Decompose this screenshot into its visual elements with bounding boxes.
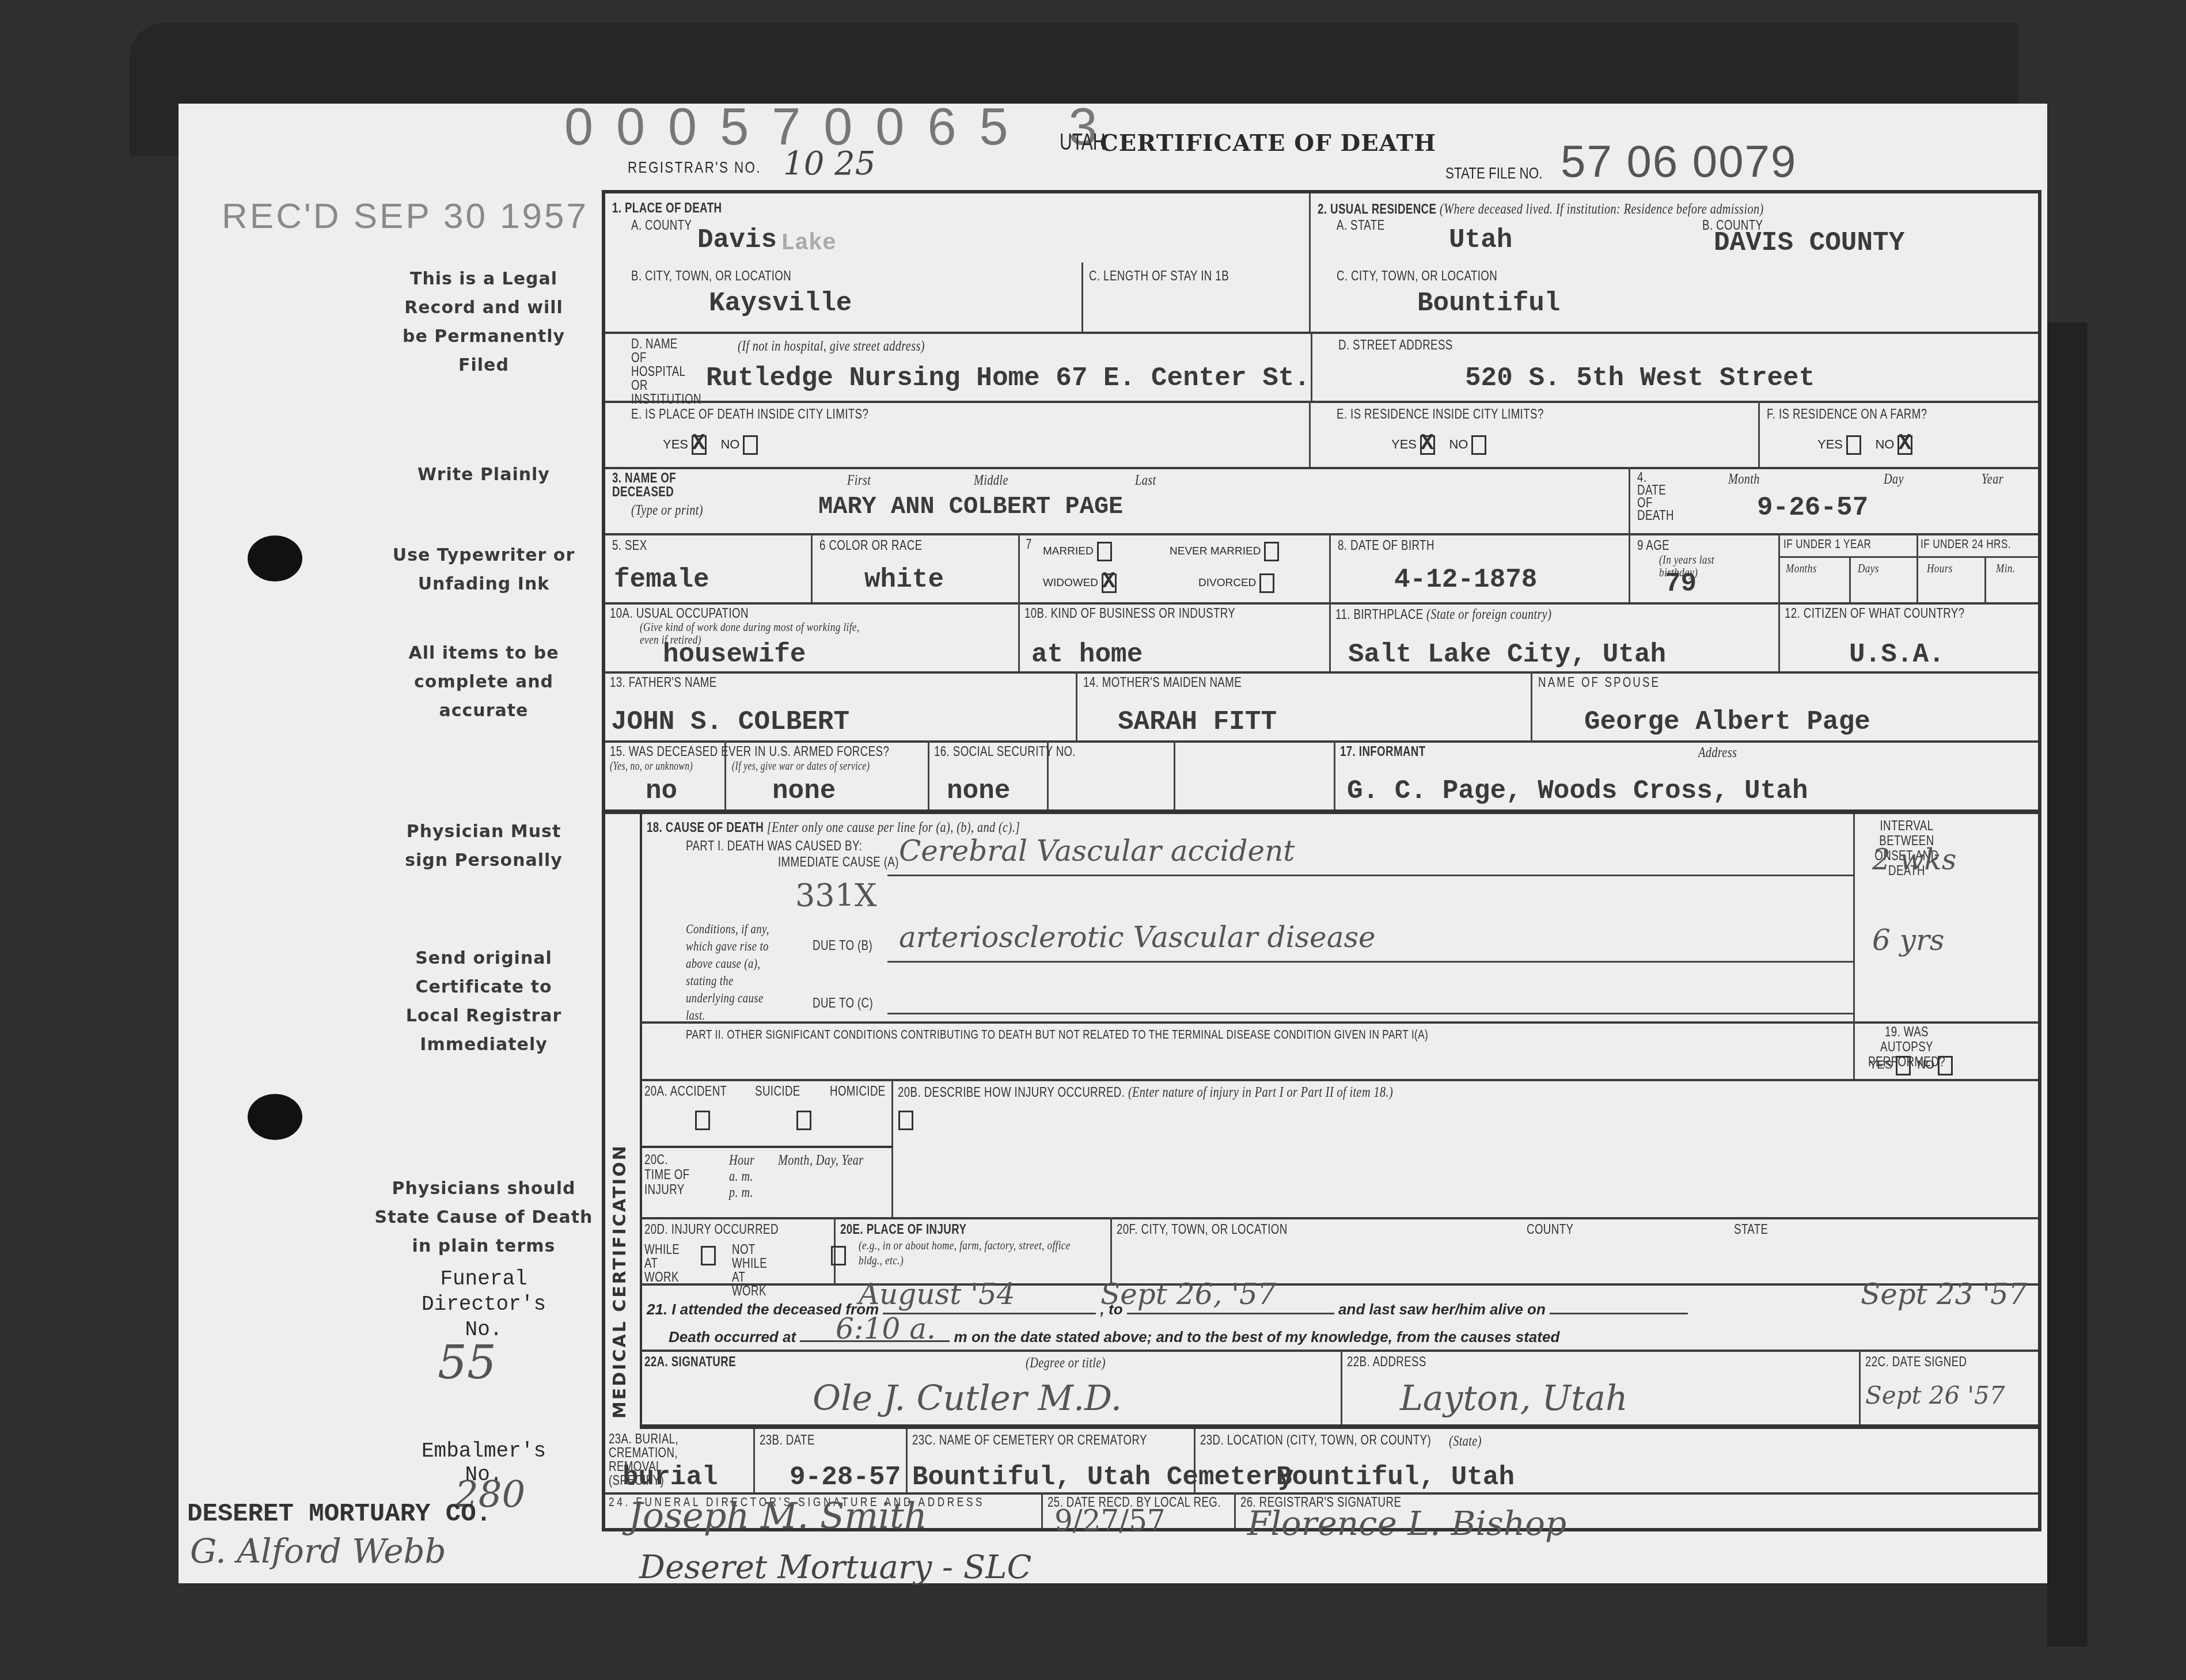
row-burial: 23a. BURIAL, CREMATION, REMOVAL (Specify… [605, 1429, 2038, 1495]
mortuary-name: DESERET MORTUARY CO. [187, 1500, 491, 1529]
marital-cell: 7 MARRIED NEVER MARRIED WIDOWED DIVORCED [1020, 533, 1331, 602]
farm-no-checkbox[interactable] [1897, 435, 1912, 455]
part-two-cell: PART II. OTHER SIGNIFICANT CONDITIONS CO… [640, 1021, 1855, 1079]
sex-label: 5. SEX [612, 538, 647, 554]
hospital-note: (If not in hospital, give street address… [738, 337, 925, 355]
funeral-director-signature: Joseph M. Smith [628, 1495, 927, 1537]
degree-label: (Degree or title) [1026, 1354, 1106, 1371]
side-note-typewriter: Use Typewriter or Unfading Ink [380, 541, 587, 599]
injury-city-cell: 20f. CITY, TOWN, OR LOCATION COUNTY STAT… [1112, 1217, 2038, 1283]
suicide-checkbox[interactable] [796, 1111, 811, 1130]
citizen-value: U.S.A. [1849, 640, 1945, 670]
service-note: (If yes, give war or dates of service) [732, 760, 870, 773]
date-signed-label: 22c. DATE SIGNED [1865, 1354, 1967, 1370]
last-label: Last [1135, 472, 1156, 489]
hour-label: Hour [729, 1151, 754, 1169]
am-label: a. m. [729, 1168, 753, 1185]
physician-address-value: Layton, Utah [1400, 1378, 1628, 1419]
first-label: First [847, 472, 871, 489]
page-title: CERTIFICATE OF DEATH [1100, 130, 1436, 157]
never-married-label: NEVER MARRIED [1170, 545, 1261, 557]
burial-state-label: (State) [1449, 1432, 1482, 1450]
funeral-director-no-label: Funeral Director's No. [397, 1267, 570, 1343]
residence-inside-city-cell: e. IS RESIDENCE INSIDE CITY LIMITS? YES … [1311, 401, 1760, 467]
county-label: a. COUNTY [631, 218, 692, 234]
burial-location-label: 23d. LOCATION (City, town, or county) [1200, 1432, 1431, 1448]
father-label: 13. FATHER'S NAME [610, 675, 717, 691]
last-saw-value: Sept 23 '57 [1861, 1278, 2027, 1311]
name-label: 3. NAME OF DECEASED [612, 470, 676, 500]
informant-address-label: Address [1698, 744, 1737, 761]
no-label: NO [1917, 1059, 1934, 1071]
state-file-value: 57 06 0079 [1561, 135, 1797, 188]
cause-label: 18. CAUSE OF DEATH [647, 820, 764, 835]
row-cities: b. CITY, TOWN, OR LOCATION Kaysville c. … [605, 263, 2038, 334]
ssn-cell: 16. SOCIAL SECURITY NO. none [928, 740, 1175, 809]
residence-city-label: c. CITY, TOWN, OR LOCATION [1337, 268, 1497, 284]
side-note-write-plainly: Write Plainly [397, 461, 570, 489]
immediate-cause-value: Cerebral Vascular accident [899, 834, 1295, 868]
hospital-label: d. NAME OF HOSPITAL OR INSTITUTION [631, 337, 689, 406]
under-24-hrs-cell: IF UNDER 24 HRS. Hours Min. [1918, 533, 2038, 602]
married-label: MARRIED [1043, 545, 1094, 557]
yes-label: YES [1869, 1059, 1892, 1071]
due-to-b-value: arteriosclerotic Vascular disease [899, 921, 1376, 954]
death-county-value: Davis [697, 225, 777, 255]
death-at-suffix: m on the date stated above; and to the b… [954, 1328, 1560, 1345]
row-registration: 24. FUNERAL DIRECTOR'S SIGNATURE AND ADD… [605, 1492, 2038, 1528]
row-hospital-street: d. NAME OF HOSPITAL OR INSTITUTION (If n… [605, 332, 2038, 403]
married-checkbox[interactable] [1097, 542, 1112, 561]
yes-label: YES [1391, 437, 1417, 451]
months-label: Months [1786, 561, 1817, 576]
informant-value: G. C. Page, Woods Cross, Utah [1347, 776, 1808, 806]
armed-forces-value: no [646, 776, 677, 806]
state-label: a. STATE [1337, 218, 1385, 234]
physician-signature: Ole J. Cutler M.D. [813, 1378, 1122, 1419]
due-to-c-label: DUE TO (c) [813, 995, 873, 1012]
under-24-hrs-label: IF UNDER 24 HRS. [1921, 537, 2011, 552]
injury-how-label: 20b. DESCRIBE HOW INJURY OCCURRED. [898, 1085, 1125, 1100]
no-label: NO [720, 437, 739, 451]
injury-how-cell: 20b. DESCRIBE HOW INJURY OCCURRED. (Ente… [893, 1079, 2038, 1217]
mother-value: SARAH FITT [1118, 707, 1277, 737]
year-label: Year [1982, 470, 2003, 488]
accident-type-cell: 20a. ACCIDENT SUICIDE HOMICIDE [640, 1079, 893, 1148]
part1-label: PART I. DEATH WAS CAUSED BY: [686, 838, 862, 854]
place-of-death-label: 1. PLACE OF DEATH [612, 200, 722, 216]
name-note: (Type or print) [631, 501, 703, 519]
never-married-checkbox[interactable] [1264, 542, 1279, 561]
informant-cell: 17. INFORMANT Address G. C. Page, Woods … [1334, 740, 2038, 809]
death-time-value: 6:10 a. [836, 1312, 936, 1345]
cemetery-label: 23c. NAME OF CEMETERY OR CREMATORY [912, 1432, 1147, 1449]
residence-city-value: Bountiful [1417, 288, 1560, 318]
citizen-label: 12. CITIZEN OF WHAT COUNTRY? [1785, 606, 1965, 622]
physician-address-label: 22b. ADDRESS [1347, 1354, 1426, 1370]
conditions-note: Conditions, if any, which gave rise to a… [686, 921, 780, 1024]
date-recd-cell: 25. DATE RECD. BY LOCAL REG. 9/27/57 [1043, 1492, 1236, 1528]
sex-value: female [614, 565, 709, 595]
burial-location-cell: 23d. LOCATION (City, town, or county) (S… [1196, 1429, 2038, 1492]
registrar-signature: Florence L. Bishop [1247, 1504, 1566, 1543]
no-label: NO [1449, 437, 1468, 451]
divorced-label: DIVORCED [1198, 577, 1256, 589]
farm-yes-checkbox[interactable] [1846, 435, 1861, 455]
attended-to-value: Sept 26, '57 [1100, 1278, 1276, 1311]
signature-label: 22a. SIGNATURE [644, 1354, 736, 1370]
side-note-physician-sign: Physician Must sign Personally [397, 818, 570, 875]
days-label: Days [1858, 561, 1879, 576]
length-of-stay-label: c. LENGTH OF STAY IN 1b [1089, 268, 1229, 284]
autopsy-yes-checkbox[interactable] [1896, 1056, 1911, 1075]
service-value: none [772, 776, 836, 806]
burial-type-value: burial [623, 1462, 718, 1492]
hours-label: Hours [1927, 561, 1953, 576]
middle-label: Middle [974, 472, 1008, 489]
row-name: 3. NAME OF DECEASED (Type or print) Firs… [605, 467, 2038, 535]
certificate-form: 1. PLACE OF DEATH a. COUNTY Davis Lake 2… [602, 190, 2041, 1531]
row-physician-signature: 22a. SIGNATURE (Degree or title) Ole J. … [640, 1350, 2038, 1429]
registrar-signature-cell: 26. REGISTRAR'S SIGNATURE Florence L. Bi… [1236, 1492, 2038, 1528]
accident-label: 20a. ACCIDENT [644, 1084, 727, 1100]
medical-certification-sidebar: MEDICAL CERTIFICATION [605, 814, 642, 1424]
race-value: white [864, 565, 944, 595]
signature-cell: 22a. SIGNATURE (Degree or title) Ole J. … [640, 1350, 1342, 1424]
ssn-label: 16. SOCIAL SECURITY NO. [934, 744, 1076, 760]
date-signed-value: Sept 26 '57 [1865, 1381, 2005, 1409]
sex-cell: 5. SEX female [605, 533, 813, 602]
industry-cell: 10b. KIND OF BUSINESS OR INDUSTRY at hom… [1020, 602, 1331, 671]
autopsy-cell: 19. WAS AUTOPSY PERFORMED? YES NO [1855, 1021, 2038, 1079]
cemetery-cell: 23c. NAME OF CEMETERY OR CREMATORY Bount… [908, 1429, 1196, 1492]
row-cause-of-death: 18. CAUSE OF DEATH [Enter only one cause… [640, 814, 2038, 1024]
side-note-cause-plain: Physicians should State Cause of Death i… [369, 1175, 599, 1261]
side-note-send-original: Send original Certificate to Local Regis… [392, 944, 576, 1059]
street-label: d. STREET ADDRESS [1338, 337, 1453, 354]
divorced-checkbox[interactable] [1259, 573, 1274, 593]
birthplace-note: (State or foreign country) [1426, 606, 1551, 622]
suicide-label: SUICIDE [755, 1084, 800, 1100]
death-inside-city-yes-checkbox[interactable] [692, 435, 707, 455]
spouse-value: George Albert Page [1584, 707, 1870, 737]
immediate-label: IMMEDIATE CAUSE (a) [778, 854, 899, 871]
widowed-label: WIDOWED [1043, 577, 1098, 589]
spouse-label: NAME OF SPOUSE [1538, 675, 1660, 691]
residence-label: 2. USUAL RESIDENCE [1318, 202, 1436, 217]
under-1-year-cell: IF UNDER 1 YEAR Months Days [1780, 533, 1918, 602]
injury-city-label: 20f. CITY, TOWN, OR LOCATION [1117, 1222, 1288, 1238]
under-1-year-label: IF UNDER 1 YEAR [1783, 537, 1871, 552]
age-cell: 9 AGE (In years last birthday) 79 [1630, 533, 1780, 602]
last-saw-label: and last saw her/him alive on [1338, 1301, 1546, 1318]
month-label: Month [1728, 470, 1760, 488]
attended-from-value: August '54 [859, 1278, 1015, 1311]
length-of-stay-cell: c. LENGTH OF STAY IN 1b [1083, 263, 1311, 332]
while-at-work-label: WHILE AT WORK [644, 1243, 685, 1284]
state-file-label: STATE FILE NO. [1445, 164, 1542, 183]
interval-a-value: 2 wks [1872, 843, 1956, 876]
burial-type-cell: 23a. BURIAL, CREMATION, REMOVAL (Specify… [605, 1429, 755, 1492]
punch-hole [248, 535, 302, 581]
registrar-no-label: REGISTRAR'S NO. [628, 158, 761, 177]
death-city-label: b. CITY, TOWN, OR LOCATION [631, 268, 791, 284]
row-injury: 20a. ACCIDENT SUICIDE HOMICIDE 20c. TIME… [640, 1079, 2038, 1219]
burial-location-value: Bountiful, Utah [1276, 1462, 1515, 1492]
title-prefix: UTAH [1060, 130, 1105, 155]
row-vitals: 5. SEX female 6 COLOR OR RACE white 7 MA… [605, 533, 2038, 605]
date-recd-value: 9/27/57 [1054, 1504, 1166, 1537]
date-signed-cell: 22c. DATE SIGNED Sept 26 '57 [1861, 1350, 2038, 1424]
birthplace-cell: 11. BIRTHPLACE (State or foreign country… [1331, 602, 1780, 671]
month-day-year-label: Month, Day, Year [778, 1151, 864, 1169]
mother-cell: 14. MOTHER'S MAIDEN NAME SARAH FITT [1077, 671, 1532, 740]
burial-date-label: 23b. DATE [760, 1432, 815, 1449]
street-cell: d. STREET ADDRESS 520 S. 5th West Street [1311, 332, 2038, 401]
yes-label: YES [663, 437, 688, 451]
date-of-death-value: 9-26-57 [1757, 493, 1868, 523]
dob-value: 4-12-1878 [1394, 565, 1537, 595]
industry-label: 10b. KIND OF BUSINESS OR INDUSTRY [1024, 606, 1235, 622]
burial-date-cell: 23b. DATE 9-28-57 [755, 1429, 908, 1492]
time-of-injury-label: 20c. TIME OF INJURY [644, 1153, 694, 1198]
yes-label: YES [1817, 437, 1843, 451]
row-occupation: 10a. USUAL OCCUPATION (Give kind of work… [605, 602, 2038, 674]
place-of-injury-note: (e.g., in or about home, farm, factory, … [859, 1238, 1083, 1268]
age-label: 9 AGE [1637, 538, 1669, 554]
day-label: Day [1884, 470, 1904, 488]
place-of-injury-label: 20e. PLACE OF INJURY [840, 1222, 966, 1237]
residence-note: (Where deceased lived. If institution: R… [1440, 200, 1764, 217]
race-label: 6 COLOR OR RACE [819, 538, 923, 554]
hospital-cell: d. NAME OF HOSPITAL OR INSTITUTION (If n… [605, 332, 1311, 401]
part-two-label: PART II. OTHER SIGNIFICANT CONDITIONS CO… [686, 1027, 1428, 1042]
row-injury-location: 20d. INJURY OCCURRED WHILE AT WORK NOT W… [640, 1217, 2038, 1286]
injury-occurred-label: 20d. INJURY OCCURRED [644, 1222, 779, 1238]
dob-label: 8. DATE OF BIRTH [1338, 538, 1434, 554]
while-at-work-checkbox[interactable] [701, 1246, 716, 1265]
row-city-limits: e. IS PLACE OF DEATH INSIDE CITY LIMITS?… [605, 401, 2038, 469]
date-of-death-cell: 4. DATE OF DEATH Month Day Year 9-26-57 [1630, 467, 2038, 533]
background-binder-edge [2047, 322, 2088, 1647]
side-note-legal-record: This is a Legal Record and will be Perma… [397, 265, 570, 380]
injury-occurred-cell: 20d. INJURY OCCURRED WHILE AT WORK NOT W… [640, 1217, 836, 1283]
autopsy-no-checkbox[interactable] [1938, 1056, 1953, 1075]
time-of-injury-cell: 20c. TIME OF INJURY Hour a. m. p. m. Mon… [640, 1148, 893, 1217]
injury-state-label: STATE [1734, 1222, 1768, 1238]
age-value: 79 [1665, 569, 1697, 599]
injury-how-note: (Enter nature of injury in Part I or Par… [1128, 1084, 1393, 1100]
interval-cell: INTERVAL BETWEEN ONSET AND DEATH 2 wks 6… [1855, 814, 2038, 1021]
father-cell: 13. FATHER'S NAME JOHN S. COLBERT [605, 671, 1077, 740]
mortuary-signature: G. Alford Webb [190, 1531, 446, 1571]
death-inside-city-label: e. IS PLACE OF DEATH INSIDE CITY LIMITS? [631, 406, 868, 423]
father-value: JOHN S. COLBERT [611, 707, 849, 737]
occupation-cell: 10a. USUAL OCCUPATION (Give kind of work… [605, 602, 1020, 671]
pm-label: p. m. [729, 1184, 753, 1201]
name-cell: 3. NAME OF DECEASED (Type or print) Firs… [605, 467, 1630, 533]
funeral-director-address: Deseret Mortuary - SLC [639, 1549, 1031, 1586]
death-city-cell: b. CITY, TOWN, OR LOCATION Kaysville [605, 263, 1083, 332]
residence-inside-city-no-checkbox[interactable] [1471, 435, 1486, 455]
farm-cell: f. IS RESIDENCE ON A FARM? YES NO [1760, 401, 2038, 467]
cause-note: [Enter only one cause per line for (a), … [767, 819, 1020, 835]
informant-label: 17. INFORMANT [1340, 744, 1426, 759]
received-stamp: REC'D SEP 30 1957 [222, 196, 589, 237]
min-label: Min. [1996, 561, 2016, 576]
residence-inside-city-label: e. IS RESIDENCE INSIDE CITY LIMITS? [1337, 406, 1544, 423]
funeral-director-no: 55 [438, 1336, 496, 1389]
injury-county-label: COUNTY [1527, 1222, 1573, 1238]
no-label: NO [1875, 437, 1894, 451]
ssn-value: none [947, 776, 1010, 806]
date-of-death-label: 4. DATE OF DEATH [1637, 472, 1673, 522]
death-city-value: Kaysville [709, 288, 852, 318]
funeral-director-cell: 24. FUNERAL DIRECTOR'S SIGNATURE AND ADD… [605, 1492, 1043, 1528]
row-attendance: 21. I attended the deceased from , to an… [640, 1283, 2038, 1352]
death-at-label: Death occurred at [669, 1328, 796, 1345]
due-to-b-label: DUE TO (b) [813, 938, 872, 954]
birthplace-label: 11. BIRTHPLACE [1335, 607, 1424, 622]
registrar-no-value: 10 25 [783, 145, 875, 183]
hospital-value: Rutledge Nursing Home 67 E. Center St. [706, 363, 1310, 393]
homicide-label: HOMICIDE [830, 1084, 886, 1100]
punch-hole [248, 1094, 302, 1140]
death-county-struck: Lake [781, 231, 836, 257]
industry-value: at home [1031, 640, 1143, 670]
death-inside-city-cell: e. IS PLACE OF DEATH INSIDE CITY LIMITS?… [605, 401, 1311, 467]
armed-forces-cell: 15. WAS DECEASED EVER IN U.S. ARMED FORC… [605, 740, 726, 809]
widowed-checkbox[interactable] [1102, 573, 1117, 593]
side-note-complete: All items to be complete and accurate [397, 639, 570, 725]
burial-date-value: 9-28-57 [790, 1462, 901, 1492]
physician-address-cell: 22b. ADDRESS Layton, Utah [1342, 1350, 1861, 1424]
accident-checkbox[interactable] [695, 1111, 710, 1130]
street-value: 520 S. 5th West Street [1465, 363, 1815, 393]
race-cell: 6 COLOR OR RACE white [813, 533, 1020, 602]
death-inside-city-no-checkbox[interactable] [743, 435, 758, 455]
residence-state-value: Utah [1449, 225, 1512, 255]
residence-city-cell: c. CITY, TOWN, OR LOCATION Bountiful [1311, 263, 2038, 332]
farm-label: f. IS RESIDENCE ON A FARM? [1767, 406, 1927, 423]
cause-code: 331X [795, 877, 877, 914]
cause-cell: 18. CAUSE OF DEATH [Enter only one cause… [640, 814, 1855, 1021]
citizen-cell: 12. CITIZEN OF WHAT COUNTRY? U.S.A. [1780, 602, 2038, 671]
row-parents: 13. FATHER'S NAME JOHN S. COLBERT 14. MO… [605, 671, 2038, 743]
row-informant: 15. WAS DECEASED EVER IN U.S. ARMED FORC… [605, 740, 2038, 814]
marital-num: 7 [1026, 537, 1032, 553]
row-part-two: PART II. OTHER SIGNIFICANT CONDITIONS CO… [640, 1021, 2038, 1081]
birthplace-value: Salt Lake City, Utah [1348, 640, 1666, 670]
place-of-injury-cell: 20e. PLACE OF INJURY (e.g., in or about … [836, 1217, 1112, 1283]
armed-forces-note: (Yes, no, or unknown) [610, 760, 693, 773]
medical-certification-label: MEDICAL CERTIFICATION [610, 1144, 630, 1419]
residence-county-value: DAVIS COUNTY [1714, 228, 1904, 258]
dob-cell: 8. DATE OF BIRTH 4-12-1878 [1331, 533, 1630, 602]
residence-inside-city-yes-checkbox[interactable] [1420, 435, 1435, 455]
deceased-name-value: MARY ANN COLBERT PAGE [818, 493, 1123, 520]
spouse-cell: NAME OF SPOUSE George Albert Page [1532, 671, 2038, 740]
occupation-value: housewife [663, 640, 806, 670]
mother-label: 14. MOTHER'S MAIDEN NAME [1083, 675, 1242, 691]
interval-b-value: 6 yrs [1872, 923, 1945, 957]
